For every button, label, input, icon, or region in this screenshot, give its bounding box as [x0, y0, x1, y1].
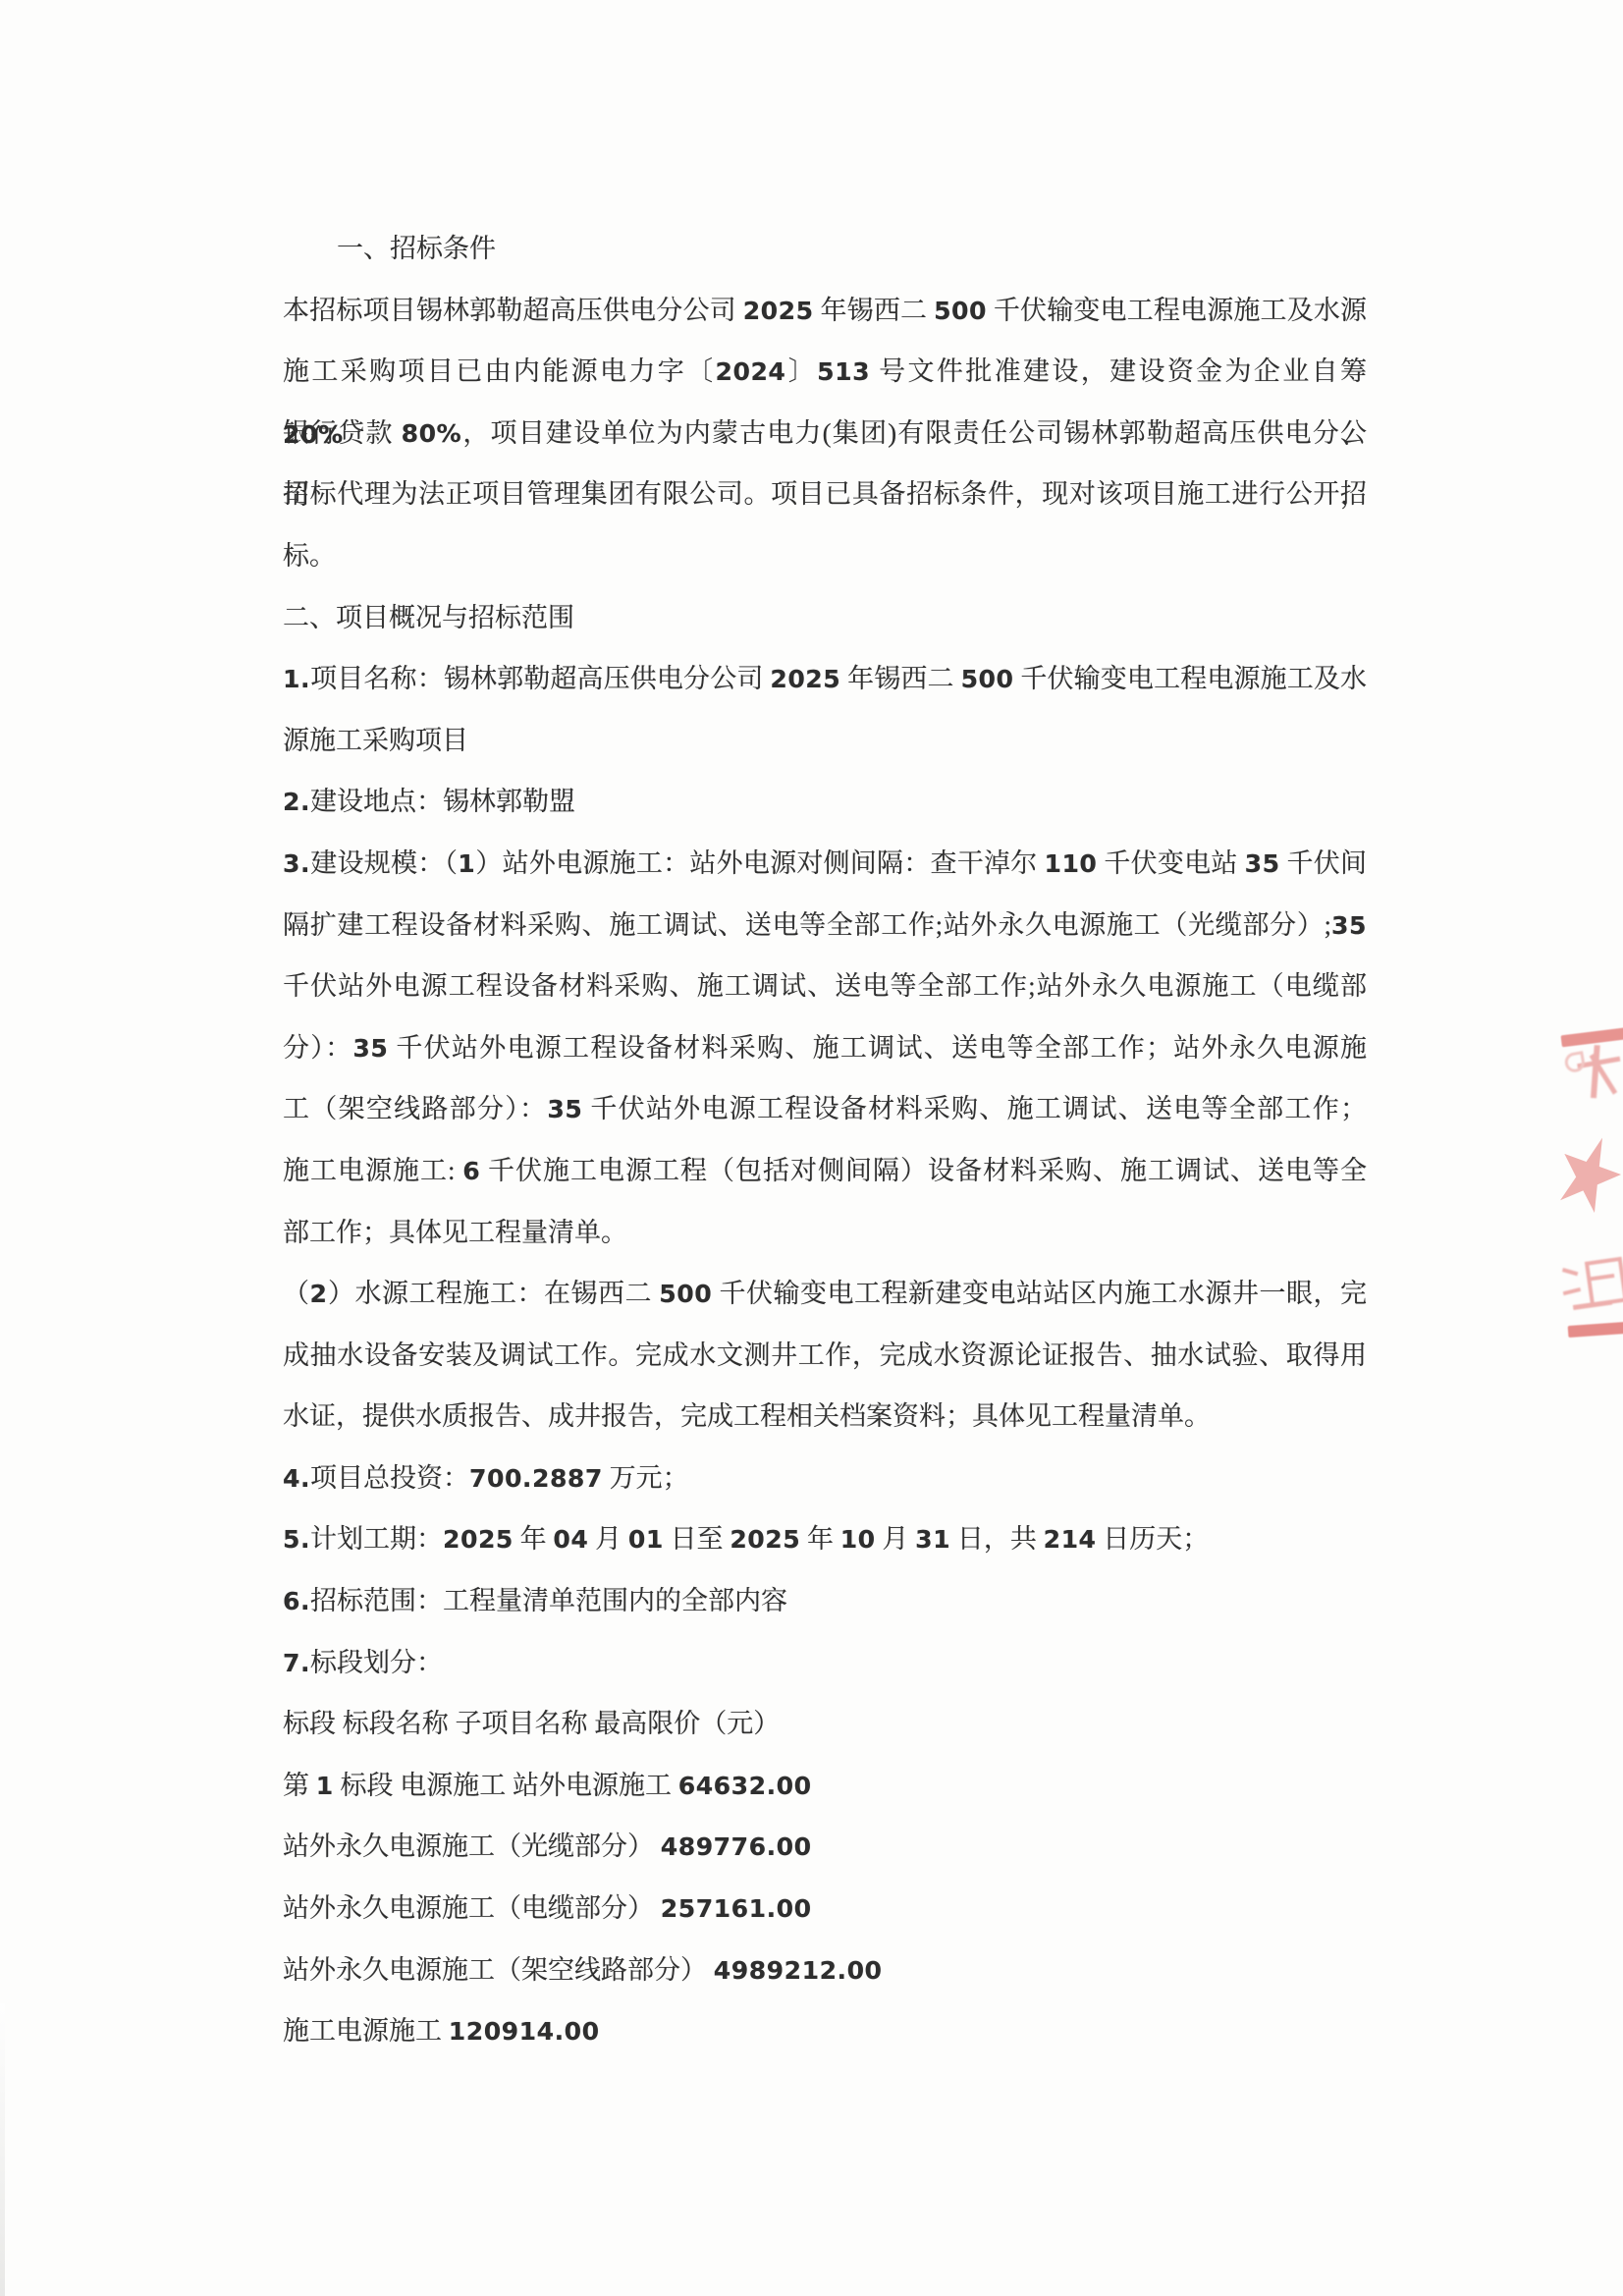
scanned-tender-document-page: 一、招标条件 本招标项目锡林郭勒超高压供电分公司 2025 年锡西二 500 千…	[0, 0, 1623, 2296]
doc-line: （2）水源工程施工：在锡西二 500 千伏输变电工程新建变电站站区内施工水源井一…	[283, 1263, 1367, 1325]
doc-line: 5.计划工期：2025 年 04 月 01 日至 2025 年 10 月 31 …	[283, 1508, 1367, 1570]
doc-line: 施工采购项目已由内能源电力字〔2024〕513 号文件批准建设，建设资金为企业自…	[283, 341, 1367, 403]
lot-table-header-line: 标段 标段名称 子项目名称 最高限价（元）	[283, 1693, 1367, 1755]
scan-edge-smudge	[0, 2003, 5, 2296]
seal-partial-character	[1562, 1038, 1623, 1107]
doc-line: 2.建设地点：锡林郭勒盟	[283, 771, 1367, 833]
lot-table-row-line: 第 1 标段 电源施工 站外电源施工 64632.00	[283, 1755, 1367, 1817]
lot-table-row-line: 站外永久电源施工（电缆部分） 257161.00	[283, 1878, 1367, 1940]
doc-line: 工（架空线路部分）：35 千伏站外电源工程设备材料采购、施工调试、送电等全部工作…	[283, 1078, 1367, 1140]
doc-line: 4.项目总投资：700.2887 万元；	[283, 1448, 1367, 1509]
doc-line: 1.项目名称：锡林郭勒超高压供电分公司 2025 年锡西二 500 千伏输变电工…	[283, 648, 1367, 710]
lot-table-row-line: 站外永久电源施工（架空线路部分） 4989212.00	[283, 1940, 1367, 2001]
seal-partial-character	[1559, 1255, 1623, 1326]
doc-line: 隔扩建工程设备材料采购、施工调试、送电等全部工作;站外永久电源施工（光缆部分）;…	[283, 895, 1367, 957]
seal-bar-top	[1561, 1027, 1623, 1048]
doc-line: 银行贷款 80%，项目建设单位为内蒙古电力(集团)有限责任公司锡林郭勒超高压供电…	[283, 403, 1367, 465]
heading-section-1: 一、招标条件	[283, 218, 1367, 280]
heading-section-2: 二、项目概况与招标范围	[283, 587, 1367, 649]
doc-line: 千伏站外电源工程设备材料采购、施工调试、送电等全部工作;站外永久电源施工（电缆部	[283, 956, 1367, 1017]
doc-line: 水证，提供水质报告、成井报告，完成工程相关档案资料；具体见工程量清单。	[283, 1386, 1367, 1448]
seal-bar-bottom	[1568, 1322, 1623, 1338]
doc-line: 施工电源施工: 6 千伏施工电源工程（包括对侧间隔）设备材料采购、施工调试、送电…	[283, 1140, 1367, 1202]
seal-star-icon	[1545, 1127, 1623, 1225]
document-body: 一、招标条件 本招标项目锡林郭勒超高压供电分公司 2025 年锡西二 500 千…	[283, 218, 1367, 2062]
doc-line: 本招标项目锡林郭勒超高压供电分公司 2025 年锡西二 500 千伏输变电工程电…	[283, 280, 1367, 342]
lot-table-row-line: 站外永久电源施工（光缆部分） 489776.00	[283, 1816, 1367, 1878]
doc-line: 标。	[283, 525, 1367, 587]
doc-line: 招标代理为法正项目管理集团有限公司。项目已具备招标条件，现对该项目施工进行公开招	[283, 464, 1367, 525]
doc-line: 部工作；具体见工程量清单。	[283, 1202, 1367, 1264]
doc-line: 源施工采购项目	[283, 710, 1367, 772]
lot-table-row-line: 施工电源施工 120914.00	[283, 2000, 1367, 2062]
doc-line: 6.招标范围：工程量清单范围内的全部内容	[283, 1570, 1367, 1632]
doc-line: 7.标段划分：	[283, 1632, 1367, 1694]
doc-line: 3.建设规模：（1）站外电源施工：站外电源对侧间隔：查干淖尔 110 千伏变电站…	[283, 833, 1367, 895]
doc-line: 分）：35 千伏站外电源工程设备材料采购、施工调试、送电等全部工作；站外永久电源…	[283, 1017, 1367, 1079]
doc-line: 成抽水设备安装及调试工作。完成水文测井工作，完成水资源论证报告、抽水试验、取得用	[283, 1325, 1367, 1387]
